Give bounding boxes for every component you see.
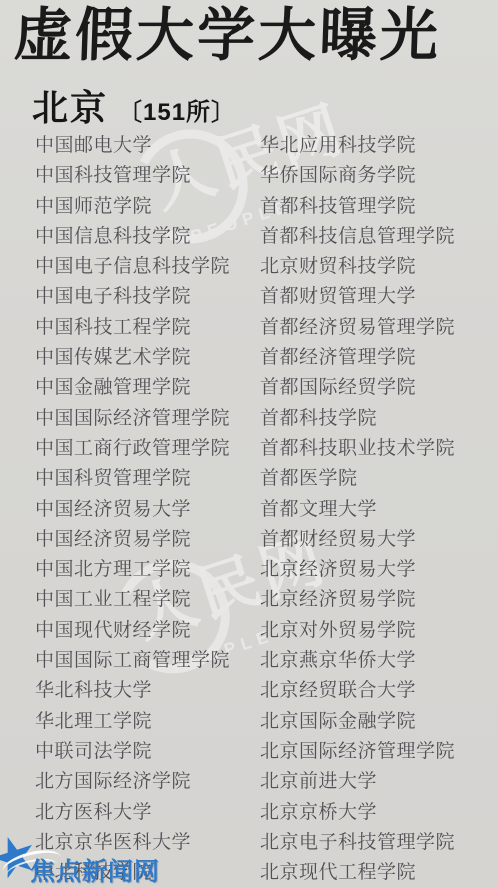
- university-name: 北京对外贸易学院: [260, 616, 490, 646]
- university-name: 北京经济贸易大学: [260, 555, 490, 585]
- university-list-right: 华北应用科技学院华侨国际商务学院首都科技管理学院首都科技信息管理学院北京财贸科技…: [260, 131, 490, 887]
- university-name: 中国现代财经学院: [35, 616, 250, 646]
- university-name: 中国电子科技学院: [35, 282, 250, 312]
- university-name: 中国国际工商管理学院: [35, 646, 250, 676]
- region-header: 北京 〔151所〕: [32, 80, 236, 131]
- university-name: 北京国际金融学院: [260, 707, 490, 737]
- university-list-left: 中国邮电大学中国科技管理学院中国师范学院中国信息科技学院中国电子信息科技学院中国…: [35, 131, 250, 887]
- university-name: 首都国际经贸学院: [260, 373, 490, 403]
- university-name: 北京燕京华侨大学: [260, 646, 490, 676]
- university-name: 首都财贸管理大学: [260, 282, 490, 312]
- university-name: 北京京华医科大学: [35, 828, 250, 858]
- university-name: 中国工商行政管理学院: [35, 434, 250, 464]
- university-name: 中国北方理工学院: [35, 555, 250, 585]
- university-name: 首都医学院: [260, 464, 490, 494]
- university-name: 首都科技职业技术学院: [260, 434, 490, 464]
- university-name: 中联司法学院: [35, 737, 250, 767]
- university-name: 中国邮电大学: [35, 131, 250, 161]
- university-name: 中国经济贸易学院: [35, 525, 250, 555]
- university-name: 中国信息科技学院: [35, 222, 250, 252]
- university-name: 北京财贸科技学院: [260, 252, 490, 282]
- university-name: 中国科贸管理学院: [35, 464, 250, 494]
- university-name: 北京经贸联合大学: [260, 676, 490, 706]
- university-name: 北方医科大学: [35, 798, 250, 828]
- university-name: 首都经济贸易管理学院: [260, 313, 490, 343]
- university-name: 华侨国际商务学院: [260, 161, 490, 191]
- region-count: 〔151所〕: [118, 92, 236, 127]
- university-name: 首都科技信息管理学院: [260, 222, 490, 252]
- university-name: 中国传媒艺术学院: [35, 343, 250, 373]
- university-name: 中国金融管理学院: [35, 373, 250, 403]
- university-name: 中国电子信息科技学院: [35, 252, 250, 282]
- university-name: 北京京桥大学: [260, 798, 490, 828]
- university-name: 中北科技学院: [35, 858, 250, 887]
- page-title: 虚假大学大曝光: [13, 1, 493, 71]
- university-name: 华北应用科技学院: [260, 131, 490, 161]
- university-name: 中国经济贸易大学: [35, 495, 250, 525]
- university-name: 首都文理大学: [260, 495, 490, 525]
- university-name: 中国科技管理学院: [35, 161, 250, 191]
- university-name: 首都财经贸易大学: [260, 525, 490, 555]
- university-name: 华北科技大学: [35, 676, 250, 706]
- university-name: 北京国际经济管理学院: [260, 737, 490, 767]
- university-name: 中国师范学院: [35, 192, 250, 222]
- university-name: 北方国际经济学院: [35, 767, 250, 797]
- university-name: 北京经济贸易学院: [260, 585, 490, 615]
- university-name: 北京现代工程学院: [260, 858, 490, 887]
- university-name: 北京电子科技管理学院: [260, 828, 490, 858]
- university-name: 中国科技工程学院: [35, 313, 250, 343]
- university-name: 首都科技学院: [260, 404, 490, 434]
- region-label: 北京: [32, 80, 108, 131]
- university-name: 北京前进大学: [260, 767, 490, 797]
- university-name: 首都经济管理学院: [260, 343, 490, 373]
- university-name: 首都科技管理学院: [260, 192, 490, 222]
- university-name: 中国工业工程学院: [35, 585, 250, 615]
- infographic-page: 人民网 PEOPLE 人民网 PEOPLE 虚假大学大曝光 北京 〔151所〕 …: [0, 0, 498, 887]
- university-name: 华北理工学院: [35, 707, 250, 737]
- university-name: 中国国际经济管理学院: [35, 404, 250, 434]
